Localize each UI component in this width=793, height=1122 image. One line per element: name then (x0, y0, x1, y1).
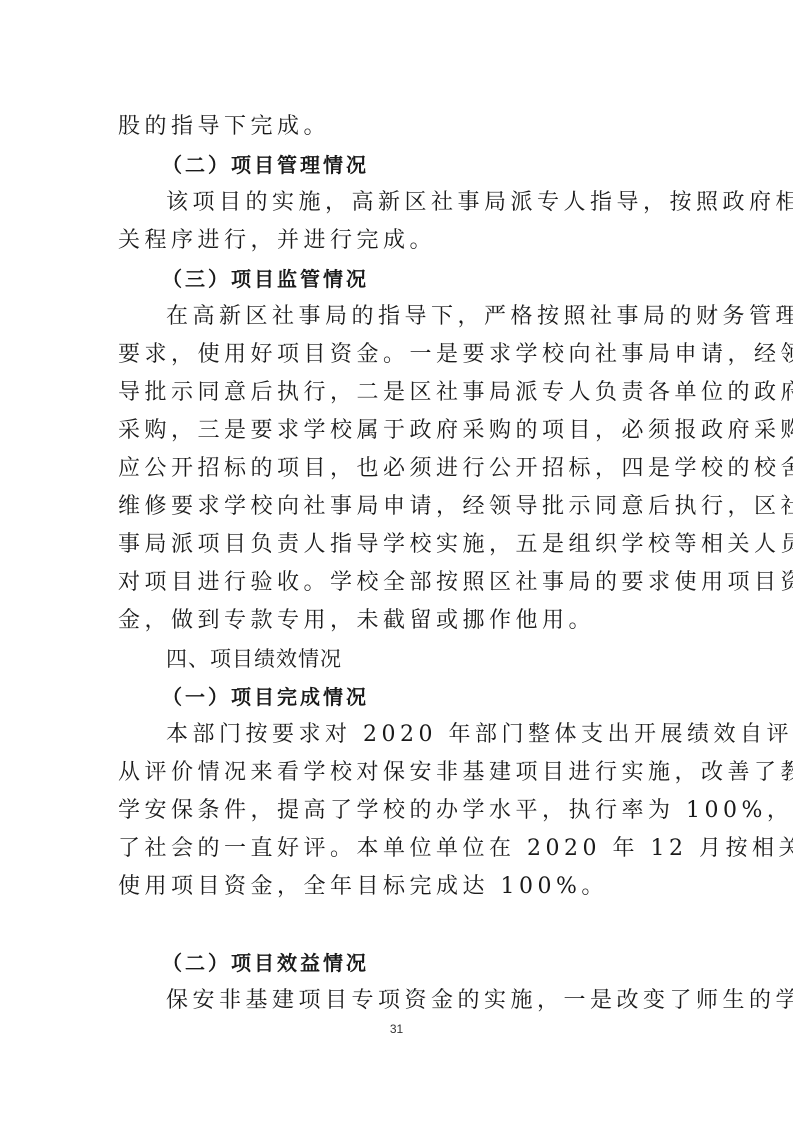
paragraph-line: 保安非基建项目专项资金的实施，一是改变了师生的学 (118, 982, 674, 1020)
paragraph-line: 应公开招标的项目，也必须进行公开招标，四是学校的校舍 (118, 450, 674, 488)
paragraph-line: 导批示同意后执行，二是区社事局派专人负责各单位的政府 (118, 374, 674, 412)
paragraph-line: 了社会的一直好评。本单位单位在 2020 年 12 月按相关要求 (118, 830, 674, 868)
paragraph-line: 在高新区社事局的指导下，严格按照社事局的财务管理 (118, 298, 674, 336)
chapter-heading-performance: 四、项目绩效情况 (118, 640, 674, 678)
paragraph-line: 该项目的实施，高新区社事局派专人指导，按照政府相 (118, 184, 674, 222)
paragraph-line: 使用项目资金，全年目标完成达 100%。 (118, 868, 674, 906)
blank-line (118, 906, 674, 944)
document-page: 股的指导下完成。 （二）项目管理情况 该项目的实施，高新区社事局派专人指导，按照… (118, 108, 674, 1020)
paragraph-line: 关程序进行，并进行完成。 (118, 222, 674, 260)
paragraph-line: 学安保条件，提高了学校的办学水平，执行率为 100%，得到 (118, 792, 674, 830)
paragraph-line: 本部门按要求对 2020 年部门整体支出开展绩效自评， (118, 716, 674, 754)
paragraph-line: 事局派项目负责人指导学校实施，五是组织学校等相关人员 (118, 526, 674, 564)
section-heading-completion: （一）项目完成情况 (118, 678, 674, 716)
section-heading-management: （二）项目管理情况 (118, 146, 674, 184)
page-number: 31 (0, 1022, 793, 1036)
paragraph-line: 从评价情况来看学校对保安非基建项目进行实施，改善了教 (118, 754, 674, 792)
paragraph-line: 股的指导下完成。 (118, 108, 674, 146)
section-heading-supervision: （三）项目监管情况 (118, 260, 674, 298)
paragraph-line: 采购，三是要求学校属于政府采购的项目，必须报政府采购， (118, 412, 674, 450)
section-heading-benefits: （二）项目效益情况 (118, 944, 674, 982)
paragraph-line: 要求，使用好项目资金。一是要求学校向社事局申请，经领 (118, 336, 674, 374)
paragraph-line: 维修要求学校向社事局申请，经领导批示同意后执行，区社 (118, 488, 674, 526)
paragraph-line: 金，做到专款专用，未截留或挪作他用。 (118, 602, 674, 640)
paragraph-line: 对项目进行验收。学校全部按照区社事局的要求使用项目资 (118, 564, 674, 602)
